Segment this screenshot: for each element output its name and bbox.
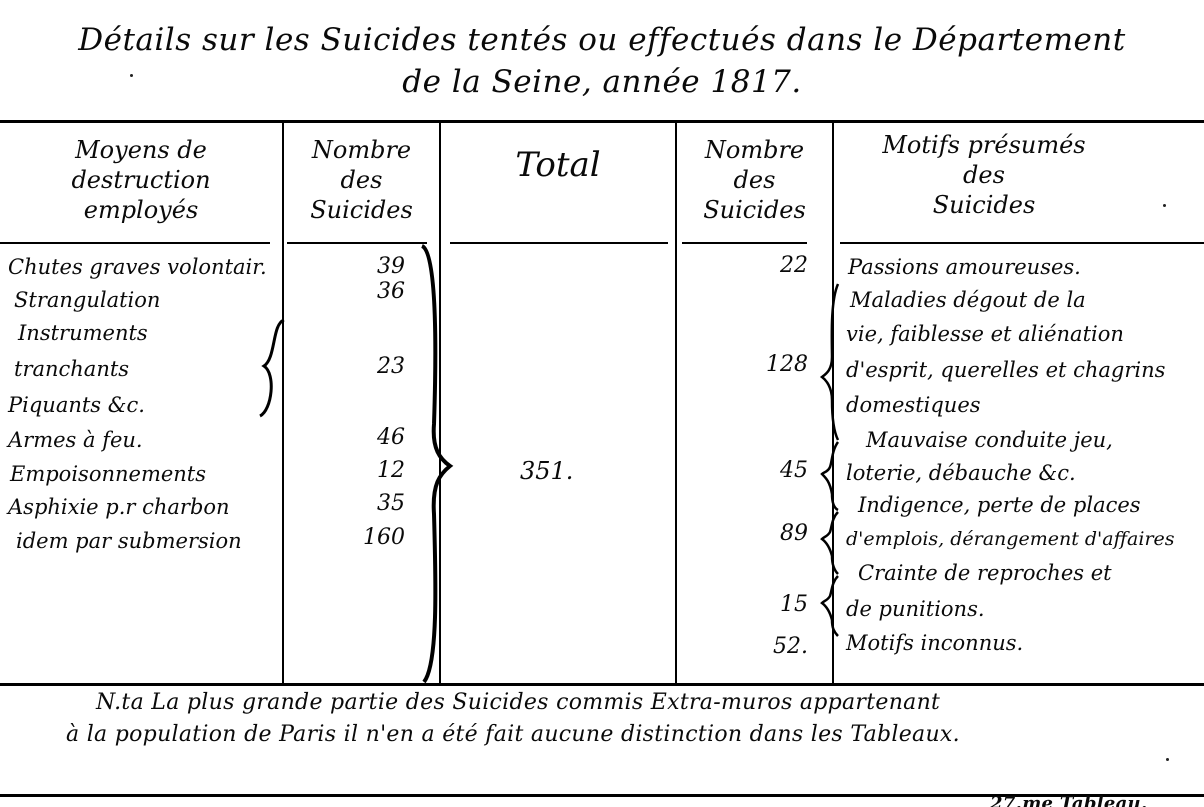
motive-text: domestiques <box>846 392 981 418</box>
motive-count: 45 <box>690 458 808 484</box>
means-item: idem par submersion <box>16 528 242 554</box>
ink-speck <box>130 74 133 77</box>
means-count: 39 <box>300 254 405 280</box>
brace-icon <box>420 244 460 684</box>
motive-text: vie, faiblesse et aliénation <box>846 321 1124 347</box>
motive-text: Mauvaise conduite jeu, <box>866 427 1113 453</box>
table-bottom-rule <box>0 683 1204 686</box>
header-total: Total <box>441 150 675 180</box>
means-item: Strangulation <box>14 287 160 313</box>
footnote-line-1: N.ta La plus grande partie des Suicides … <box>96 690 940 715</box>
header-bottom-rule <box>287 242 427 244</box>
means-count: 23 <box>300 354 405 380</box>
header-motives: Motifs présumés des Suicides <box>834 130 1134 220</box>
motive-text: loterie, débauche &c. <box>846 460 1076 486</box>
motive-text: Passions amoureuses. <box>848 254 1081 280</box>
means-count: 12 <box>300 458 405 484</box>
header-bottom-rule <box>840 242 1204 244</box>
brace-icon <box>258 318 286 418</box>
footnote-line-2: à la population de Paris il n'en a été f… <box>66 722 960 747</box>
brace-icon <box>820 282 842 662</box>
total-value: 351. <box>520 458 600 484</box>
header-means: Moyens de destruction employés <box>0 135 282 225</box>
motive-count: 89 <box>690 521 808 547</box>
means-item: Chutes graves volontair. <box>8 254 267 280</box>
means-count: 36 <box>300 279 405 305</box>
header-bottom-rule <box>0 242 270 244</box>
document-title-line-2: de la Seine, année 1817. <box>0 64 1204 100</box>
motive-count: 128 <box>690 352 808 378</box>
motive-text: d'esprit, querelles et chagrins <box>846 357 1165 383</box>
means-item: Empoisonnements <box>10 461 206 487</box>
means-count: 160 <box>300 525 405 551</box>
header-bottom-rule <box>450 242 668 244</box>
means-item: Piquants &c. <box>8 392 145 418</box>
motive-text: Motifs inconnus. <box>846 630 1023 656</box>
ink-speck <box>1163 204 1166 207</box>
header-count-motives: Nombre des Suicides <box>677 135 832 225</box>
header-bottom-rule <box>682 242 807 244</box>
motive-count: 15 <box>690 592 808 618</box>
means-item: Instruments <box>18 320 148 346</box>
motive-text: d'emplois, dérangement d'affaires <box>846 526 1175 552</box>
ink-speck <box>1166 758 1169 761</box>
motive-text: de punitions. <box>846 596 985 622</box>
means-item: Armes à feu. <box>8 427 143 453</box>
motive-count: 52. <box>690 634 808 660</box>
page-label: 27.me Tableau. <box>990 793 1148 807</box>
motive-text: Maladies dégout de la <box>850 287 1086 313</box>
means-item: Asphixie p.r charbon <box>8 494 230 520</box>
means-item: tranchants <box>14 356 129 382</box>
motive-count: 22 <box>690 253 808 279</box>
document-title-line-1: Détails sur les Suicides tentés ou effec… <box>0 22 1204 58</box>
means-count: 35 <box>300 491 405 517</box>
header-count-means: Nombre des Suicides <box>284 135 439 225</box>
means-count: 46 <box>300 425 405 451</box>
motive-text: Indigence, perte de places <box>858 492 1141 518</box>
motive-text: Crainte de reproches et <box>858 560 1112 586</box>
table-top-rule <box>0 120 1204 123</box>
